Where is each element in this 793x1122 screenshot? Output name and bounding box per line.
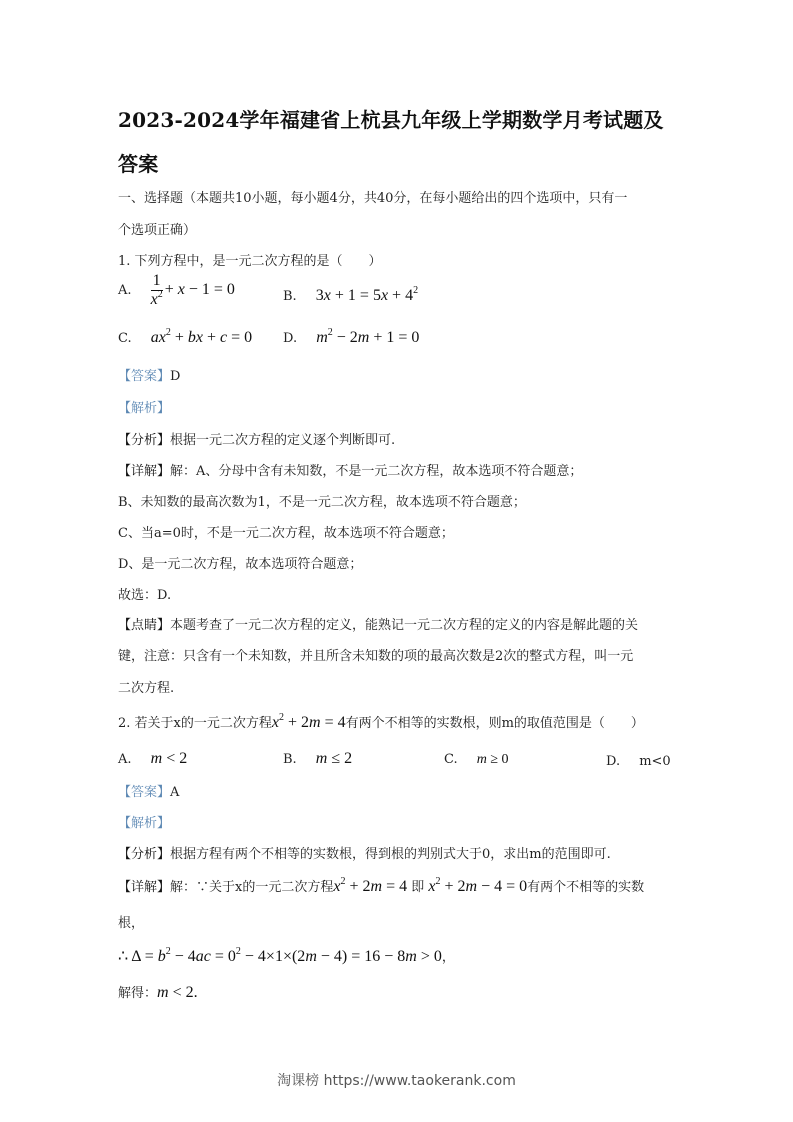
fenxi-text: 根据一元二次方程的定义逐个判断即可. <box>170 433 395 448</box>
option-label: D. <box>283 331 297 346</box>
option-label: B. <box>283 289 297 304</box>
option-label: C. <box>444 752 458 767</box>
xiangjie-tag: 【详解】 <box>118 880 170 895</box>
xiangjie-tag: 【详解】 <box>118 464 170 479</box>
answer-value: D <box>170 369 180 384</box>
option-label: A. <box>118 283 132 298</box>
q2-stem-prefix: 2. 若关于x的一元二次方程 <box>118 716 272 731</box>
option-expression: ax2 + bx + c = 0 <box>151 329 252 346</box>
q1-option-d: D. m2 − 2m + 1 = 0 <box>283 327 419 347</box>
option-expression: m ≤ 2 <box>316 750 352 767</box>
xiangjie-text: 解：A、分母中含有未知数，不是一元二次方程，故本选项不符合题意； <box>170 464 582 479</box>
answer-tag: 【答案】 <box>118 785 170 800</box>
option-expression: m2 − 2m + 1 = 0 <box>316 329 419 346</box>
option-expression: 1x2+ x − 1 = 0 <box>151 281 235 298</box>
q1-stem: 1. 下列方程中，是一元二次方程的是（ ） <box>118 250 382 269</box>
q1-dianjing-line3: 二次方程. <box>118 677 174 696</box>
q2-option-c: C. m ≥ 0 <box>444 748 509 768</box>
xiangjie-expression-1: x2 + 2m = 4 <box>333 878 407 895</box>
q2-stem-suffix: 有两个不相等的实数根，则m的取值范围是（ ） <box>346 716 644 731</box>
footer-watermark: 淘课榜 https://www.taokerank.com <box>0 1070 793 1090</box>
option-label: C. <box>118 331 132 346</box>
answer-tag: 【答案】 <box>118 369 170 384</box>
answer-value: A <box>170 785 179 800</box>
xiangjie-suffix: 有两个不相等的实数 <box>527 880 644 895</box>
q1-option-a: A. 1x2+ x − 1 = 0 <box>118 272 235 309</box>
q2-option-a: A. m < 2 <box>118 748 187 768</box>
solve-prefix: 解得： <box>118 986 157 1001</box>
q1-fenxi: 【分析】根据一元二次方程的定义逐个判断即可. <box>118 429 395 448</box>
solve-expression: m < 2. <box>157 984 198 1001</box>
dianjing-tag: 【点睛】 <box>118 618 170 633</box>
section-heading-line1: 一、选择题（本题共10小题，每小题4分，共40分，在每小题给出的四个选项中，只有… <box>118 187 627 206</box>
section-heading-line2: 个选项正确） <box>118 219 196 238</box>
q2-stem: 2. 若关于x的一元二次方程x2 + 2m = 4有两个不相等的实数根，则m的取… <box>118 712 644 732</box>
q1-xiangjie-line5: 故选：D. <box>118 584 171 603</box>
fenxi-text: 根据方程有两个不相等的实数根，得到根的判别式大于0，求出m的范围即可. <box>170 847 611 862</box>
q1-xiangjie-line4: D、是一元二次方程，故本选项符合题意； <box>118 553 362 572</box>
option-label: A. <box>118 752 132 767</box>
q2-delta-line: ∴ Δ = b2 − 4ac = 02 − 4×1×(2m − 4) = 16 … <box>118 946 455 966</box>
q2-stem-expression: x2 + 2m = 4 <box>272 714 346 731</box>
fenxi-tag: 【分析】 <box>118 433 170 448</box>
fenxi-tag: 【分析】 <box>118 847 170 862</box>
option-expression: m ≥ 0 <box>477 752 509 767</box>
xiangjie-mid: 即 <box>411 880 424 895</box>
q1-xiangjie-line3: C、当a=0时，不是一元二次方程，故本选项不符合题意； <box>118 522 454 541</box>
q1-answer: 【答案】D <box>118 365 180 384</box>
q2-answer: 【答案】A <box>118 781 179 800</box>
q2-option-d: D. m<0 <box>606 750 671 769</box>
q1-xiangjie-line1: 【详解】解：A、分母中含有未知数，不是一元二次方程，故本选项不符合题意； <box>118 460 582 479</box>
q1-option-b: B. 3x + 1 = 5x + 42 <box>283 285 418 305</box>
option-expression: m<0 <box>639 754 671 769</box>
q2-option-b: B. m ≤ 2 <box>283 748 352 768</box>
q2-solve-line: 解得：m < 2. <box>118 982 198 1002</box>
option-label: B. <box>283 752 297 767</box>
q1-option-c: C. ax2 + bx + c = 0 <box>118 327 252 347</box>
document-title-line2: 答案 <box>118 148 158 177</box>
q1-dianjing-line2: 键，注意：只含有一个未知数，并且所含未知数的项的最高次数是2次的整式方程，叫一元 <box>118 645 633 664</box>
option-expression: m < 2 <box>151 750 188 767</box>
q1-analysis-tag: 【解析】 <box>118 397 170 416</box>
q2-xiangjie-line2: 根， <box>118 912 144 931</box>
q2-fenxi: 【分析】根据方程有两个不相等的实数根，得到根的判别式大于0，求出m的范围即可. <box>118 843 611 862</box>
q2-analysis-tag: 【解析】 <box>118 812 170 831</box>
q1-xiangjie-line2: B、未知数的最高次数为1，不是一元二次方程，故本选项不符合题意； <box>118 491 526 510</box>
option-expression: 3x + 1 = 5x + 42 <box>316 287 418 304</box>
dianjing-text: 本题考查了一元二次方程的定义，能熟记一元二次方程的定义的内容是解此题的关 <box>170 618 638 633</box>
q2-xiangjie-line1: 【详解】解：∵关于x的一元二次方程x2 + 2m = 4 即 x2 + 2m −… <box>118 876 644 896</box>
xiangjie-expression-2: x2 + 2m − 4 = 0 <box>428 878 527 895</box>
q1-dianjing-line1: 【点睛】本题考查了一元二次方程的定义，能熟记一元二次方程的定义的内容是解此题的关 <box>118 614 638 633</box>
document-title-line1: 2023-2024学年福建省上杭县九年级上学期数学月考试题及 <box>118 104 664 133</box>
xiangjie-prefix: 解：∵关于x的一元二次方程 <box>170 880 333 895</box>
option-label: D. <box>606 754 620 769</box>
